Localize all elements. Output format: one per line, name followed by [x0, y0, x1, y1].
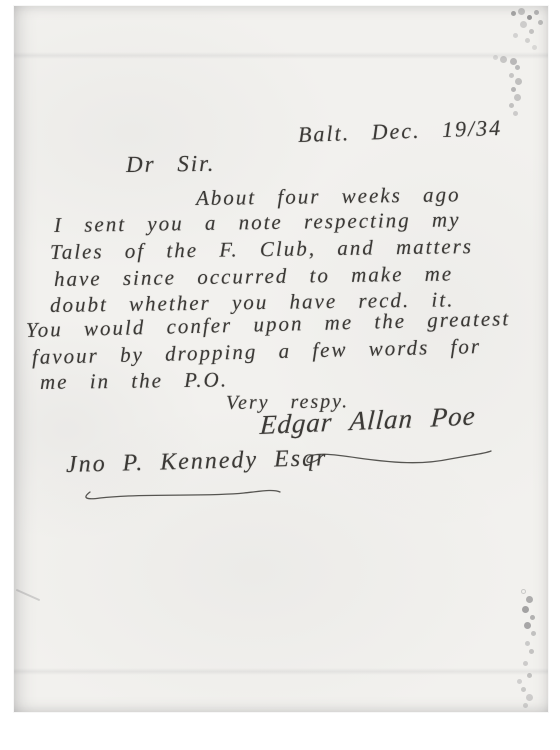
ink-stain-top-right — [500, 8, 503, 11]
edge-crease-mark — [16, 589, 41, 601]
dateline: Balt. Dec. 19/34 — [298, 115, 503, 148]
fold-crease-bottom — [14, 668, 548, 675]
body-line-3: Tales of the F. Club, and matters — [50, 234, 473, 265]
salutation: Dr Sir. — [126, 151, 216, 178]
body-line-2: I sent you a note respecting my — [54, 207, 461, 238]
body-line-8: me in the P.O. — [40, 367, 228, 395]
ink-stain-right-edge — [522, 590, 525, 593]
addressee-flourish — [76, 484, 286, 502]
body-line-1: About four weeks ago — [196, 182, 461, 211]
letter-scan-paper: Balt. Dec. 19/34 Dr Sir. About four week… — [14, 6, 548, 712]
fold-crease-top — [14, 52, 548, 59]
scanned-letter-page: { "document": { "type": "handwritten-let… — [0, 0, 560, 750]
addressee: Jno P. Kennedy Esqr — [66, 445, 328, 479]
